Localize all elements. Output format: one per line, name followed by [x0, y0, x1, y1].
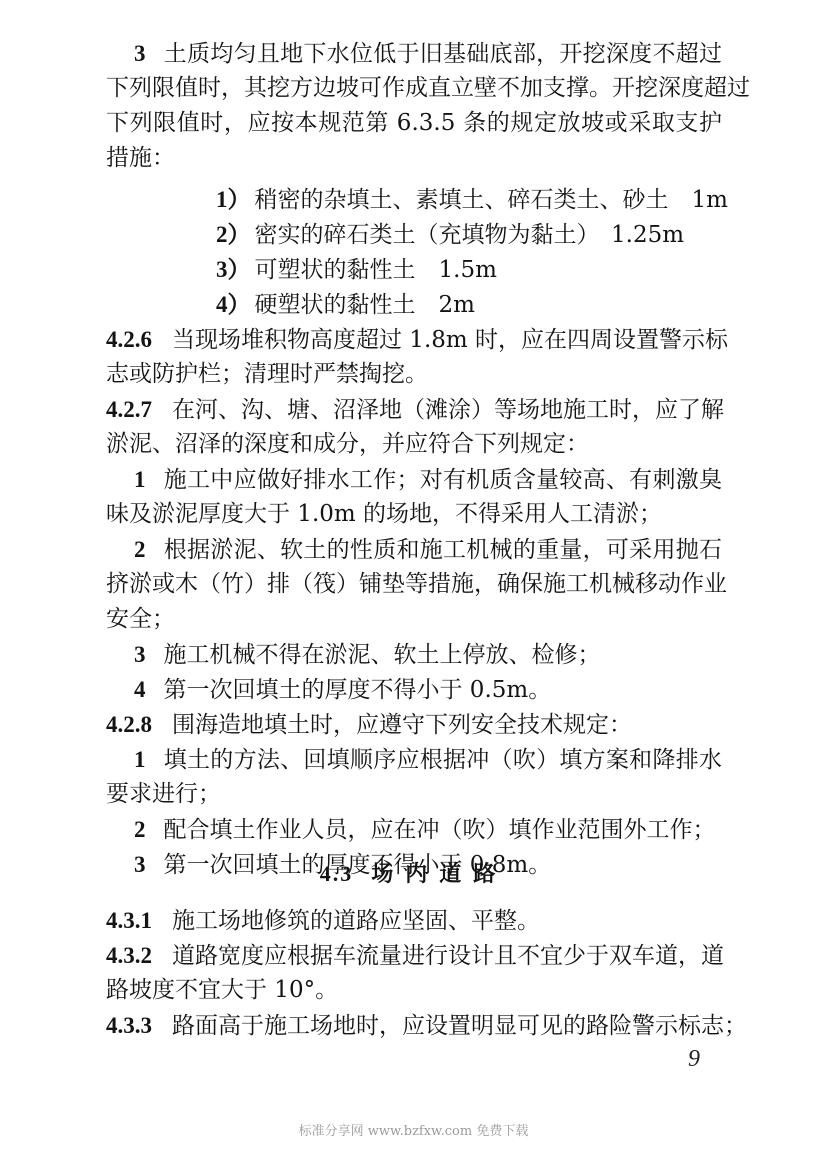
item-number: 3 — [134, 41, 146, 66]
sub-item-4: 4）硬塑状的黏性土 2m — [106, 287, 722, 322]
text-line: 下列限值时，其挖方边坡可作成直立壁不加支撑。开挖深度超过 — [106, 71, 722, 106]
text-line: 安全； — [106, 602, 722, 637]
clause-4-2-7: 4.2.7在河、沟、塘、沼泽地（滩涂）等场地施工时，应了解 — [106, 392, 722, 427]
clause-4-3-2: 4.3.2道路宽度应根据车流量进行设计且不宜少于双车道，道 — [106, 938, 722, 973]
text-line: 要求进行； — [106, 777, 722, 812]
item-1: 1填土的方法、回填顺序应根据冲（吹）填方案和降排水 — [106, 742, 722, 777]
sub-item-1: 1）稍密的杂填土、素填土、碎石类土、砂土 1m — [106, 182, 722, 217]
page-number: 9 — [688, 1046, 700, 1073]
clause-number: 4.3.3 — [106, 1013, 152, 1038]
text-line: 措施： — [106, 141, 722, 176]
clause-number: 4.2.8 — [106, 712, 152, 737]
section-heading: 4.3场内道路 — [0, 856, 827, 892]
text-line: 下列限值时，应按本规范第 6.3.5 条的规定放坡或采取支护 — [106, 106, 722, 141]
clause-number: 4.2.6 — [106, 327, 152, 352]
clause-4-3-1: 4.3.1施工场地修筑的道路应坚固、平整。 — [106, 903, 722, 938]
item-2: 2根据淤泥、软土的性质和施工机械的重量，可采用抛石 — [106, 532, 722, 567]
clause-number: 4.2.7 — [106, 397, 152, 422]
section-title: 场内道路 — [371, 862, 507, 887]
clause-4-2-6: 4.2.6当现场堆积物高度超过 1.8m 时，应在四周设置警示标 — [106, 322, 722, 357]
item-2: 2配合填土作业人员，应在冲（吹）填作业范围外工作； — [106, 812, 722, 847]
clause-4-3-3: 4.3.3路面高于施工场地时，应设置明显可见的路险警示标志； — [106, 1008, 722, 1043]
item-4: 4第一次回填土的厚度不得小于 0.5m。 — [106, 672, 722, 707]
watermark: 标准分享网 www.bzfxw.com 免费下载 — [0, 1120, 827, 1139]
clause-number: 4.3.1 — [106, 908, 152, 933]
document-page: 3土质均匀且地下水位低于旧基础底部，开挖深度不超过 下列限值时，其挖方边坡可作成… — [0, 0, 827, 1152]
text-line: 味及淤泥厚度大于 1.0m 的场地，不得采用人工清淤； — [106, 497, 722, 532]
text-line: 淤泥、沼泽的深度和成分，并应符合下列规定： — [106, 427, 722, 462]
sub-item-2: 2）密实的碎石类土（充填物为黏土） 1.25m — [106, 217, 722, 252]
clause-number: 4.3.2 — [106, 943, 152, 968]
text-line: 志或防护栏；清理时严禁掏挖。 — [106, 357, 722, 392]
section-number: 4.3 — [320, 861, 354, 886]
item-3-line-1: 3土质均匀且地下水位低于旧基础底部，开挖深度不超过 — [106, 36, 722, 71]
item-1: 1施工中应做好排水工作；对有机质含量较高、有刺激臭 — [106, 462, 722, 497]
text-line: 挤淤或木（竹）排（筏）铺垫等措施，确保施工机械移动作业 — [106, 567, 722, 602]
sub-item-3: 3）可塑状的黏性土 1.5m — [106, 252, 722, 287]
item-3: 3施工机械不得在淤泥、软土上停放、检修； — [106, 637, 722, 672]
clause-4-2-8: 4.2.8围海造地填土时，应遵守下列安全技术规定： — [106, 707, 722, 742]
text-line: 路坡度不宜大于 10°。 — [106, 973, 722, 1008]
